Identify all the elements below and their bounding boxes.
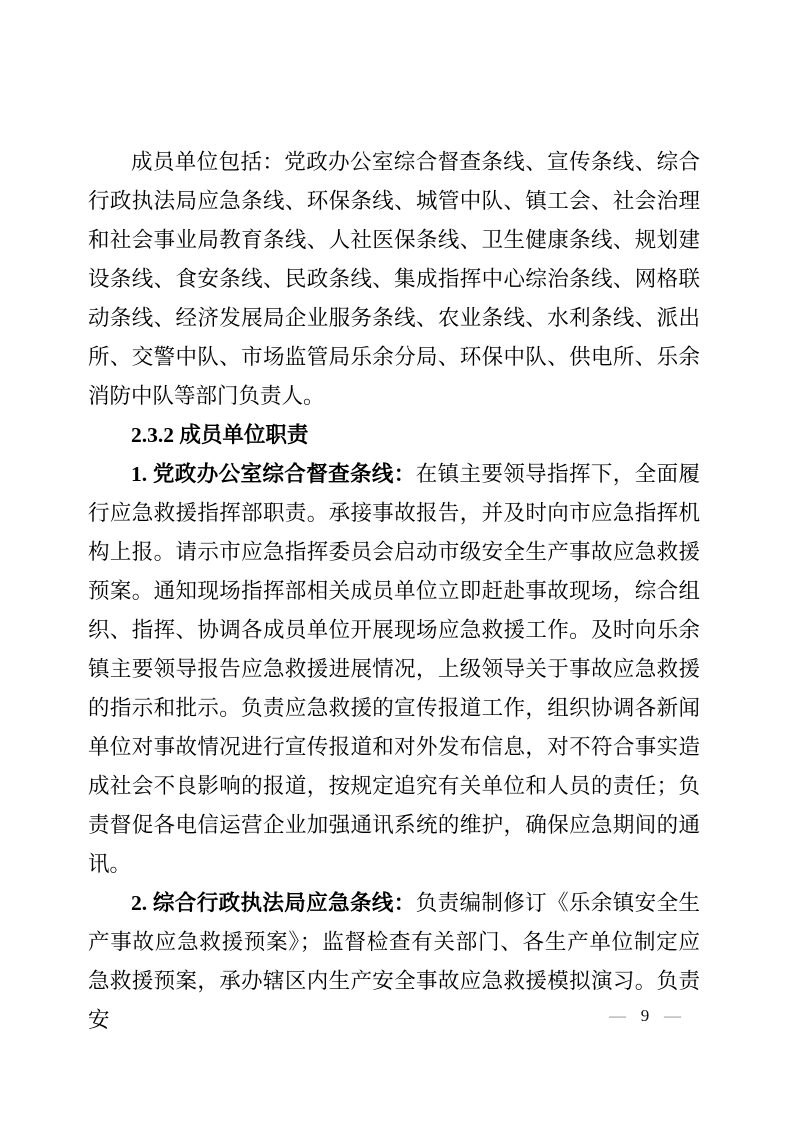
document-page: 成员单位包括：党政办公室综合督查条线、宣传条线、综合行政执法局应急条线、环保条线… [0,0,793,1122]
section-heading-2-3-2: 2.3.2 成员单位职责 [88,416,700,455]
page-number-dash-right: — [664,1004,681,1028]
paragraph-member-units: 成员单位包括：党政办公室综合督查条线、宣传条线、综合行政执法局应急条线、环保条线… [88,143,700,416]
page-number: — 9 — [609,1004,681,1028]
duty-item-1-body: 在镇主要领导指挥下，全面履行应急救援指挥部职责。承接事故报告，并及时向市应急指挥… [88,462,700,876]
duty-item-1-label: 1. 党政办公室综合督查条线： [131,462,416,486]
page-number-value: 9 [641,1004,650,1028]
paragraph-duty-item-1: 1. 党政办公室综合督查条线：在镇主要领导指挥下，全面履行应急救援指挥部职责。承… [88,455,700,884]
page-number-dash-left: — [609,1004,626,1028]
document-body: 成员单位包括：党政办公室综合督查条线、宣传条线、综合行政执法局应急条线、环保条线… [88,143,700,1040]
duty-item-2-label: 2. 综合行政执法局应急条线： [131,891,416,915]
